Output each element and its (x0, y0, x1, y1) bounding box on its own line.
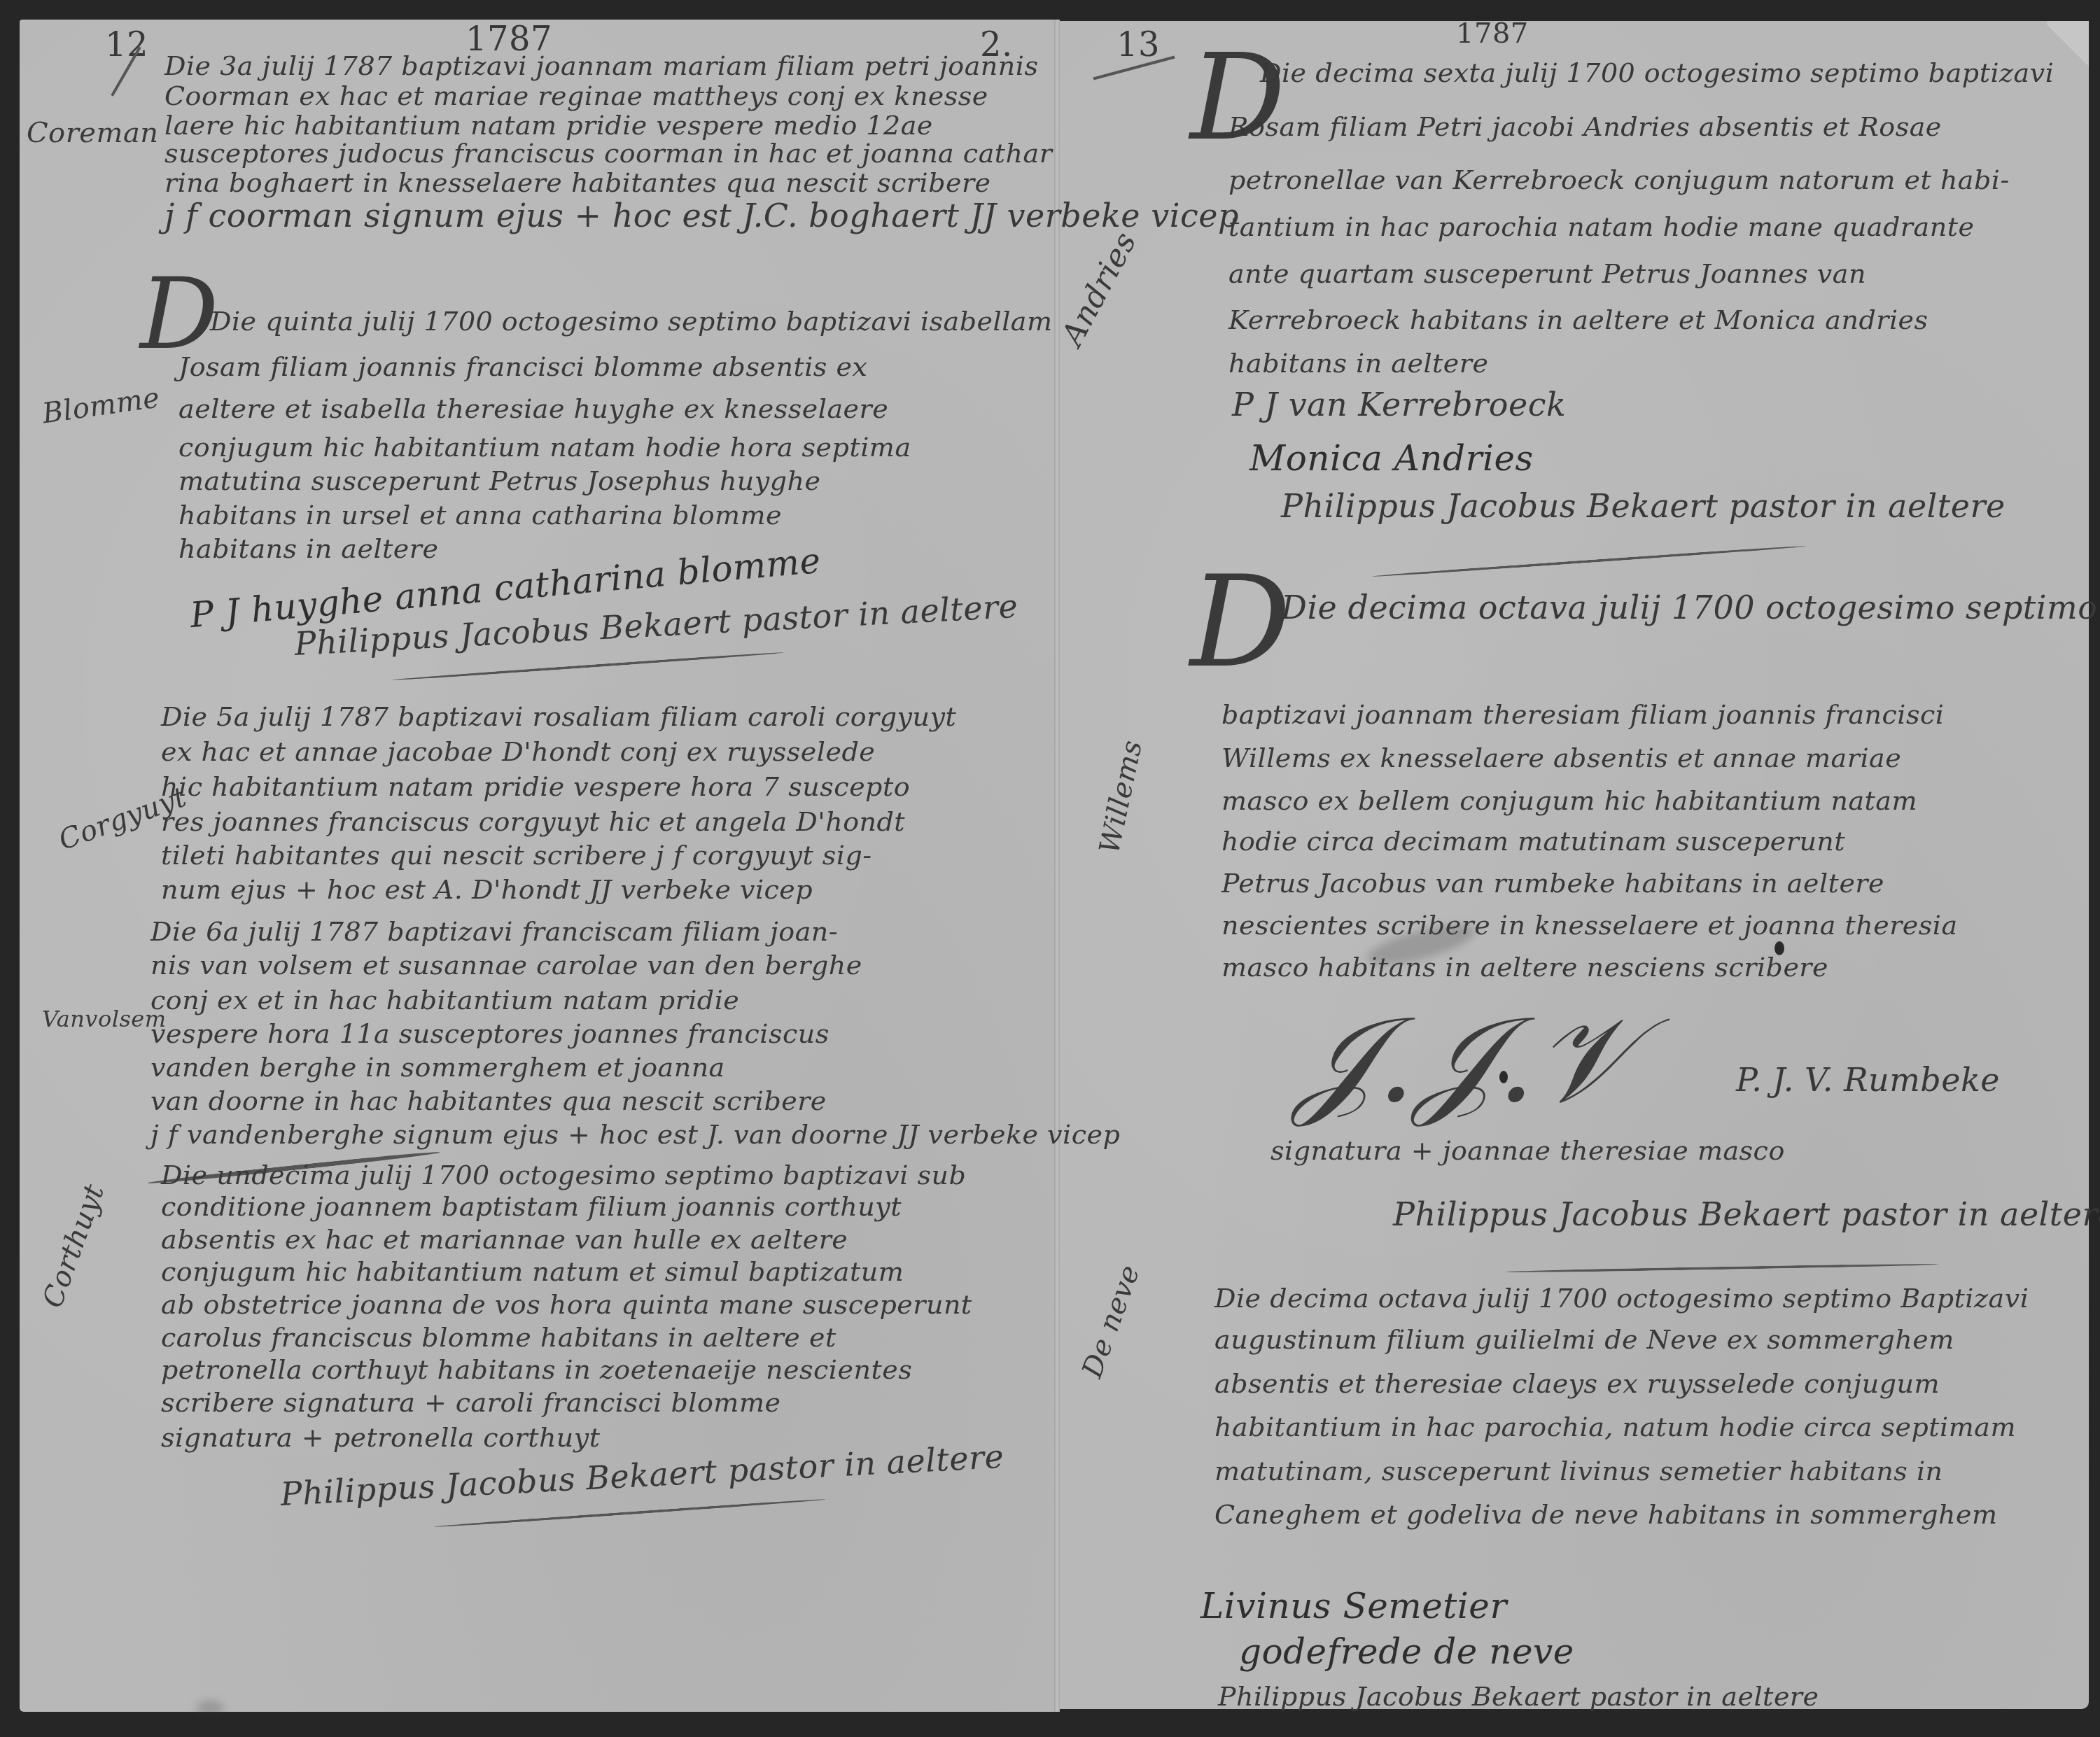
entry-line: Die decima octava julij 1700 octogesimo … (1214, 1285, 2029, 1311)
entry-line: conjugum hic habitantium natum et simul … (161, 1258, 904, 1285)
entry-line: Coorman ex hac et mariae reginae matthey… (164, 83, 988, 109)
entry-line: scribere signatura + caroli francisci bl… (161, 1389, 780, 1416)
entry-line-signatures: j f coorman signum ejus + hoc est J.C. b… (164, 199, 1239, 232)
entry-line: nis van volsem et susannae carolae van d… (150, 952, 862, 978)
entry-line: ab obstetrice joanna de vos hora quinta … (161, 1291, 972, 1318)
entry-line: masco habitans in aeltere nesciens scrib… (1221, 954, 1828, 980)
godparent-signature: P J van Kerrebroeck (1232, 388, 1566, 421)
entry-line: absentis ex hac et mariannae van hulle e… (161, 1226, 848, 1253)
entry-line: laere hic habitantium natam pridie vespe… (164, 112, 933, 139)
entry-line: matutinam, susceperunt livinus semetier … (1214, 1458, 1943, 1484)
entry-line: absentis et theresiae claeys ex ruyssele… (1214, 1370, 1940, 1397)
entry-line: hic habitantium natam pridie vespere hor… (161, 773, 910, 800)
entry-line: habitans in aeltere (178, 535, 439, 562)
entry-line: conditione joannem baptistam filium joan… (161, 1193, 902, 1220)
entry-line: habitantium in hac parochia, natum hodie… (1214, 1414, 2016, 1440)
entry-line: Josam filiam joannis francisci blomme ab… (178, 353, 867, 380)
entry-line: signatura + petronella corthuyt (161, 1424, 601, 1451)
entry-line: rina boghaert in knesselaere habitantes … (164, 169, 991, 196)
margin-name-coreman: Coreman (27, 119, 159, 147)
margin-name-vanvolsem: Vanvolsem (42, 1008, 167, 1030)
godparent-signature: godefrede de neve (1239, 1634, 1574, 1669)
entry-line: augustinum filium guilielmi de Neve ex s… (1214, 1326, 1954, 1353)
year-header-right: 1787 (1456, 20, 1529, 48)
ink-stain (196, 1701, 224, 1715)
entry-line: van doorne in hac habitantes qua nescit … (150, 1088, 827, 1114)
entry-line: Die decima octava julij 1700 octogesimo … (1281, 591, 2097, 624)
entry-line: conj ex et in hac habitantium natam prid… (150, 987, 739, 1013)
entry-line: nescientes scribere in knesselaere et jo… (1221, 912, 1958, 938)
entry-line: hodie circa decimam matutinam susceperun… (1221, 828, 1845, 855)
godparent-signature: Monica Andries (1249, 441, 1534, 476)
entry-line: carolus franciscus blomme habitans in ae… (161, 1324, 836, 1351)
page-number-left: 12 (105, 28, 148, 62)
entry-line: tileti habitantes qui nescit scribere j … (161, 842, 872, 868)
entry-line: conjugum hic habitantium natam hodie hor… (178, 434, 911, 460)
godparent-signature-rumbeke: P. J. V. Rumbeke (1736, 1064, 2000, 1096)
entry-line: Die 6a julij 1787 baptizavi franciscam f… (150, 918, 838, 945)
page-number-right: 13 (1116, 28, 1160, 62)
pastor-signature: Philippus Jacobus Bekaert pastor in aelt… (1393, 1198, 2100, 1230)
entry-line: Die 5a julij 1787 baptizavi rosaliam fil… (161, 703, 956, 730)
entry-line: Caneghem et godeliva de neve habitans in… (1214, 1501, 1998, 1528)
entry-line: petronella corthuyt habitans in zoetenae… (161, 1356, 912, 1383)
flourish-signature-initials: 𝒥.𝒥.𝒱 (1295, 1001, 1634, 1120)
entry-line: j f vandenberghe signum ejus + hoc est J… (150, 1121, 1120, 1148)
entry-line: Willems ex knesselaere absentis et annae… (1221, 745, 1901, 771)
pastor-signature: Philippus Jacobus Bekaert pastor in aelt… (1281, 490, 2005, 522)
entry-line: masco ex bellem conjugum hic habitantium… (1221, 787, 1917, 814)
decorative-initial-d: D (140, 266, 218, 364)
mark-signature: signatura + joannae theresiae masco (1270, 1137, 1785, 1164)
entry-line: matutina susceperunt Petrus Josephus huy… (178, 467, 821, 494)
entry-line: aeltere et isabella theresiae huyghe ex … (178, 395, 888, 422)
entry-line: Rosam filiam Petri jacobi Andries absent… (1228, 113, 1942, 140)
entry-line: vanden berghe in sommerghem et joanna (150, 1054, 725, 1081)
book-gutter (1054, 20, 1060, 1712)
entry-line: habitans in aeltere (1228, 350, 1489, 377)
entry-line: tantium in hac parochia natam hodie mane… (1228, 213, 1974, 240)
entry-line: Kerrebroeck habitans in aeltere et Monic… (1228, 307, 1928, 333)
entry-line: Die quinta julij 1700 octogesimo septimo… (210, 308, 1053, 335)
entry-line: susceptores judocus franciscus coorman i… (164, 140, 1052, 167)
entry-line: Petrus Jacobus van rumbeke habitans in a… (1221, 870, 1884, 896)
entry-line: baptizavi joannam theresiam filiam joann… (1221, 701, 1944, 728)
ink-blot (1499, 1071, 1508, 1083)
entry-line: ante quartam susceperunt Petrus Joannes … (1228, 260, 1866, 287)
ink-blot (1774, 941, 1784, 955)
entry-line: Die 3a julij 1787 baptizavi joannam mari… (164, 52, 1038, 79)
entry-line: Die undecima julij 1700 octogesimo septi… (161, 1162, 966, 1188)
entry-line: Die decima sexta julij 1700 octogesimo s… (1260, 59, 2054, 86)
entry-line: ex hac et annae jacobae D'hondt conj ex … (161, 738, 875, 765)
decorative-initial-d: D (1190, 560, 1291, 686)
godparent-signature: Livinus Semetier (1200, 1589, 1507, 1624)
entry-line: vespere hora 11a susceptores joannes fra… (150, 1020, 829, 1047)
entry-line: num ejus + hoc est A. D'hondt JJ verbeke… (161, 876, 813, 903)
entry-line: petronellae van Kerrebroeck conjugum nat… (1228, 167, 2010, 193)
entry-line: res joannes franciscus corgyuyt hic et a… (161, 808, 905, 835)
pastor-signature: Philippus Jacobus Bekaert pastor in aelt… (1218, 1683, 1819, 1710)
entry-line: habitans in ursel et anna catharina blom… (178, 502, 782, 528)
